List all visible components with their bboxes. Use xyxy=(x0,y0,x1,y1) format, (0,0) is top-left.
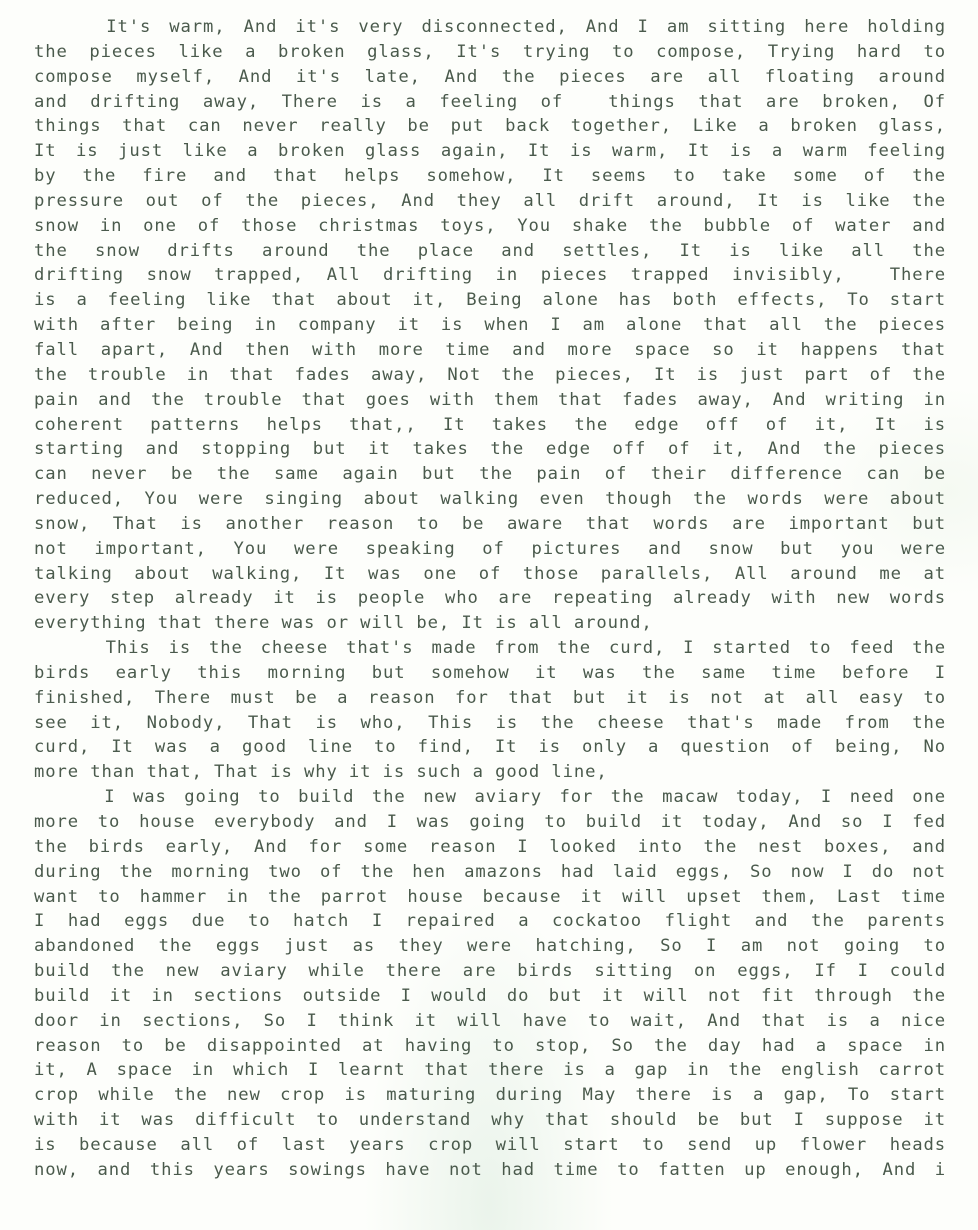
text-line: compose myself, And it's late, And the p… xyxy=(34,65,946,90)
text-line: curd, It was a good line to find, It is … xyxy=(34,735,946,760)
text-line: snow, That is another reason to be aware… xyxy=(34,512,946,537)
text-line: with it was difficult to understand why … xyxy=(34,1108,946,1133)
text-line: build the new aviary while there are bir… xyxy=(34,959,946,984)
text-line: pain and the trouble that goes with them… xyxy=(34,388,946,413)
paragraph: It's warm, And it's very disconnected, A… xyxy=(34,15,946,636)
text-line: coherent patterns helps that,, It takes … xyxy=(34,413,946,438)
text-line: the trouble in that fades away, Not the … xyxy=(34,363,946,388)
text-line: finished, There must be a reason for tha… xyxy=(34,686,946,711)
text-line: door in sections, So I think it will hav… xyxy=(34,1009,946,1034)
text-line: talking about walking, It was one of tho… xyxy=(34,562,946,587)
text-line: can never be the same again but the pain… xyxy=(34,462,946,487)
text-line: and drifting away, There is a feeling of… xyxy=(34,90,946,115)
text-line: It is just like a broken glass again, It… xyxy=(34,139,946,164)
text-line: is a feeling like that about it, Being a… xyxy=(34,288,946,313)
text-line: now, and this years sowings have not had… xyxy=(34,1158,946,1183)
text-line: more than that, That is why it is such a… xyxy=(34,760,946,785)
text-line: want to hammer in the parrot house becau… xyxy=(34,885,946,910)
text-line: I was going to build the new aviary for … xyxy=(34,785,946,810)
text-line: with after being in company it is when I… xyxy=(34,313,946,338)
text-line: drifting snow trapped, All drifting in p… xyxy=(34,263,946,288)
scanned-page: It's warm, And it's very disconnected, A… xyxy=(0,0,978,1230)
text-line: reason to be disappointed at having to s… xyxy=(34,1034,946,1059)
paragraph: I was going to build the new aviary for … xyxy=(34,785,946,1183)
text-line: crop while the new crop is maturing duri… xyxy=(34,1083,946,1108)
text-line: build it in sections outside I would do … xyxy=(34,984,946,1009)
text-line: birds early this morning but somehow it … xyxy=(34,661,946,686)
text-line: snow in one of those christmas toys, You… xyxy=(34,214,946,239)
text-line: by the fire and that helps somehow, It s… xyxy=(34,164,946,189)
text-line: reduced, You were singing about walking … xyxy=(34,487,946,512)
text-line: This is the cheese that's made from the … xyxy=(34,636,946,661)
text-line: pressure out of the pieces, And they all… xyxy=(34,189,946,214)
text-line: abandoned the eggs just as they were hat… xyxy=(34,934,946,959)
text-line: starting and stopping but it takes the e… xyxy=(34,437,946,462)
text-line: every step already it is people who are … xyxy=(34,586,946,611)
typewritten-text-body: It's warm, And it's very disconnected, A… xyxy=(34,15,946,1183)
text-line: is because all of last years crop will s… xyxy=(34,1133,946,1158)
text-line: fall apart, And then with more time and … xyxy=(34,338,946,363)
text-line: not important, You were speaking of pict… xyxy=(34,537,946,562)
paragraph: This is the cheese that's made from the … xyxy=(34,636,946,785)
text-line: the birds early, And for some reason I l… xyxy=(34,835,946,860)
text-line: It's warm, And it's very disconnected, A… xyxy=(34,15,946,40)
text-line: see it, Nobody, That is who, This is the… xyxy=(34,711,946,736)
text-line: everything that there was or will be, It… xyxy=(34,611,946,636)
text-line: during the morning two of the hen amazon… xyxy=(34,860,946,885)
text-line: the pieces like a broken glass, It's try… xyxy=(34,40,946,65)
text-line: the snow drifts around the place and set… xyxy=(34,239,946,264)
text-line: it, A space in which I learnt that there… xyxy=(34,1058,946,1083)
text-line: things that can never really be put back… xyxy=(34,114,946,139)
text-line: more to house everybody and I was going … xyxy=(34,810,946,835)
text-line: I had eggs due to hatch I repaired a coc… xyxy=(34,909,946,934)
